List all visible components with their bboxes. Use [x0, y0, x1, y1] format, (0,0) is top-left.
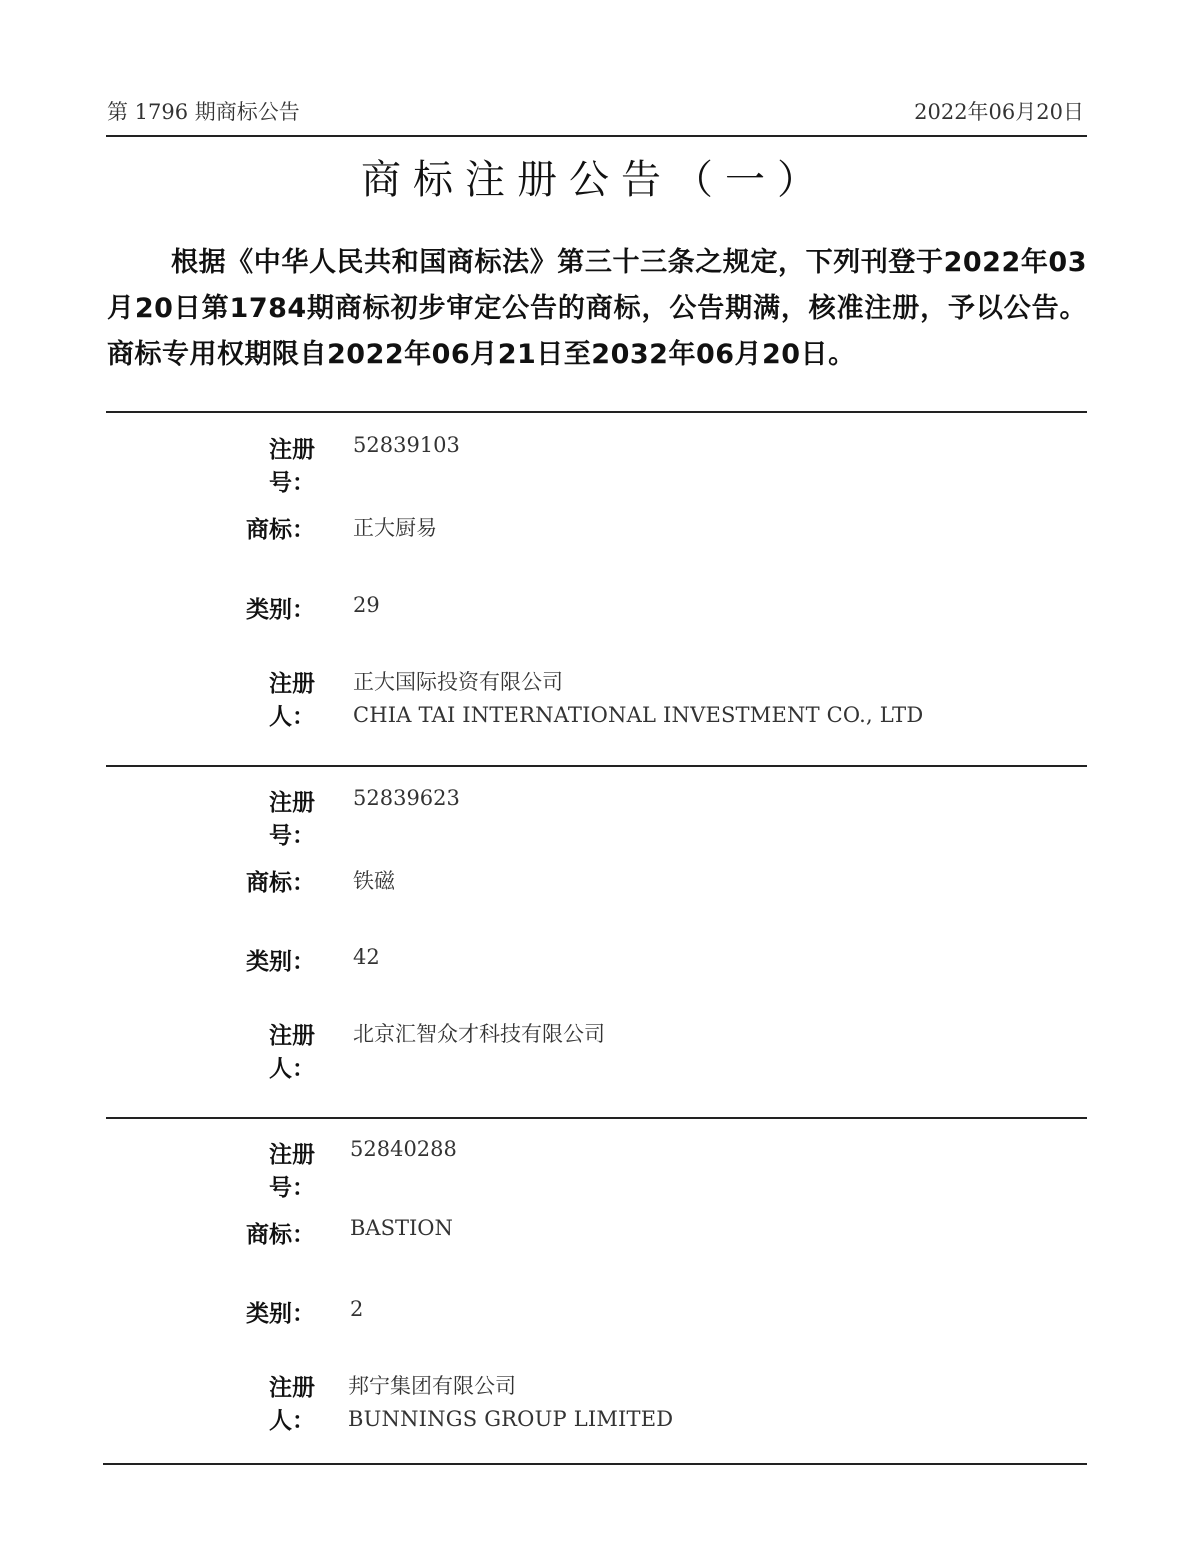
- registrant-en: BUNNINGS GROUP LIMITED: [348, 1407, 673, 1431]
- registrant-label: 注册人：: [225, 1017, 315, 1083]
- entry-divider: [106, 411, 1087, 413]
- reg-no-label: 注册号：: [225, 1136, 315, 1202]
- class-value: 2: [350, 1297, 363, 1321]
- class-label: 类别：: [225, 591, 315, 624]
- intro-paragraph: 根据《中华人民共和国商标法》第三十三条之规定，下列刊登于2022年03月20日第…: [107, 240, 1087, 378]
- reg-no-label: 注册号：: [225, 431, 315, 497]
- registrant-cn: 正大国际投资有限公司: [353, 666, 563, 696]
- entry-divider: [106, 765, 1087, 767]
- registrant-label: 注册人：: [225, 1369, 315, 1435]
- mark-value: 铁磁: [353, 865, 395, 895]
- reg-no-value: 52839103: [353, 433, 460, 457]
- header-divider: [106, 135, 1087, 137]
- issue-number: 第 1796 期商标公告: [107, 96, 300, 126]
- class-label: 类别：: [225, 1295, 315, 1328]
- reg-no-value: 52840288: [350, 1137, 457, 1161]
- class-value: 29: [353, 593, 380, 617]
- reg-no-value: 52839623: [353, 786, 460, 810]
- mark-label: 商标：: [225, 1216, 315, 1249]
- class-label: 类别：: [225, 943, 315, 976]
- mark-value: 正大厨易: [353, 512, 437, 542]
- footer-divider: [103, 1463, 1087, 1465]
- mark-label: 商标：: [225, 864, 315, 897]
- registrant-en: CHIA TAI INTERNATIONAL INVESTMENT CO., L…: [353, 703, 923, 727]
- mark-label: 商标：: [225, 511, 315, 544]
- entry-divider: [106, 1117, 1087, 1119]
- reg-no-label: 注册号：: [225, 784, 315, 850]
- page-title: 商标注册公告（一）: [0, 148, 1190, 205]
- publication-date: 2022年06月20日: [914, 96, 1084, 126]
- registrant-label: 注册人：: [225, 665, 315, 731]
- mark-value: BASTION: [350, 1216, 453, 1240]
- registrant-cn: 北京汇智众才科技有限公司: [353, 1018, 605, 1048]
- class-value: 42: [353, 945, 380, 969]
- registrant-cn: 邦宁集团有限公司: [348, 1370, 516, 1400]
